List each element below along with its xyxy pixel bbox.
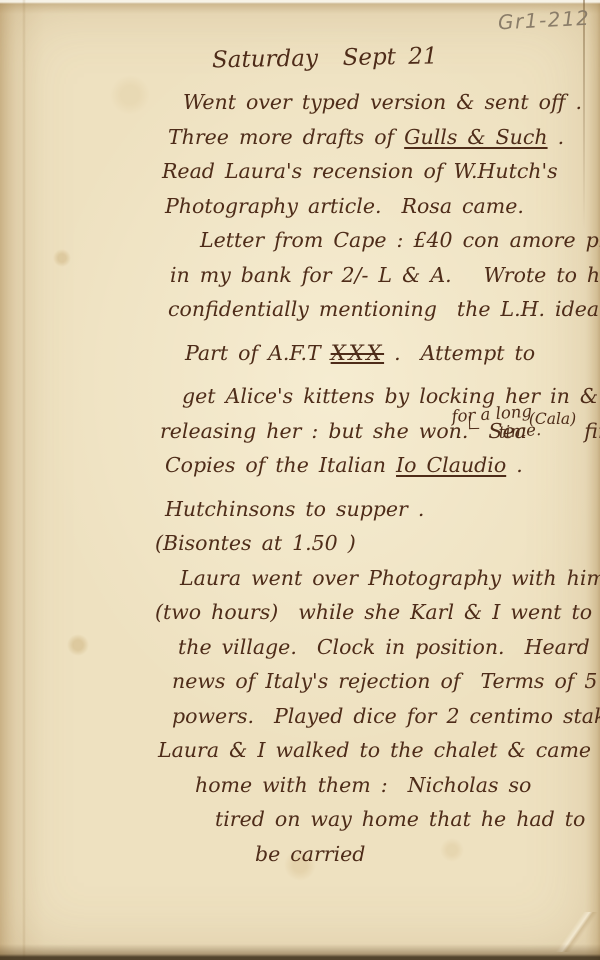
manuscript-line: (two hours) while she Karl & I went to [155,595,595,630]
manuscript-line: (Bisontes at 1.50 ) [155,526,595,561]
handwritten-text: Copies of the Italian [165,453,396,477]
manuscript-line: Laura went over Photography with him [180,561,595,596]
underlined-text: Io Claudio [396,453,506,477]
handwritten-text: Wrote to him, [484,263,600,287]
margin-note: for a long time. [451,401,542,445]
manuscript-line: powers. Played dice for 2 centimo stakes… [172,699,595,734]
manuscript-line: home with them : Nicholas so [195,768,595,803]
handwritten-text: Laura went over Photography with him [180,566,600,590]
handwritten-text: . [548,125,565,149]
handwritten-text: in my bank for 2/- L & A. [170,263,452,287]
manuscript-line: the village. Clock in position. Heard [178,630,595,665]
underlined-text: Gulls & Such [404,125,547,149]
handwritten-text: . [506,453,523,477]
manuscript-line: Letter from Cape : £40 con amore placed [200,223,595,258]
handwritten-text: first time [574,419,600,443]
handwritten-text: Photography article. Rosa came. [165,194,524,218]
archive-reference-pencil-note: Gr1-212 [497,6,590,35]
entry-date-heading: Saturday Sept 21 [212,41,595,74]
manuscript-content: Saturday Sept 21 Went over typed version… [150,44,595,871]
handwritten-text: news of Italy's rejection of Terms of 5 [172,669,597,693]
manuscript-line: Read Laura's recension of W.Hutch's [162,154,595,189]
handwritten-text: powers. Played dice for 2 centimo stakes… [172,704,600,728]
manuscript-line: Photography article. Rosa came. [165,189,595,224]
handwritten-text: the village. Clock in position. Heard [178,635,590,659]
manuscript-line: in my bank for 2/- L & A.Wrote to him, [170,258,595,293]
manuscript-lines: Went over typed version & sent off .Thre… [150,85,595,871]
manuscript-line: Went over typed version & sent off . [183,85,595,120]
manuscript-line: tired on way home that he had to [215,802,595,837]
diary-page: Gr1-212 Saturday Sept 21 Went over typed… [0,0,600,960]
handwritten-text: Went over typed version & sent off . [183,90,582,114]
manuscript-line: be carried [255,837,595,872]
handwritten-text: Three more drafts of [168,125,404,149]
handwritten-text: Hutchinsons to supper . [165,497,424,521]
margin-note-line2: time. [498,420,542,442]
handwritten-text: tired on way home that he had to [215,807,585,831]
paper-left-crease [22,0,26,960]
manuscript-line: Copies of the Italian Io Claudio . [165,448,595,483]
manuscript-line: confidentially mentioning the L.H. idea … [168,292,595,327]
handwritten-text: (Bisontes at 1.50 ) [155,531,356,555]
crossed-out-text: XXX [331,341,384,366]
manuscript-line: Part of A.F.T XXX . Attempt to [185,336,595,371]
handwritten-text: confidentially mentioning the L.H. idea … [168,297,600,321]
handwritten-text: be carried [255,842,365,866]
manuscript-line: Hutchinsons to supper . [165,492,595,527]
paper-bottom-edge [0,944,600,960]
paper-corner-fold [554,912,600,952]
handwritten-text: Laura & I walked to the chalet & came [158,738,591,762]
handwritten-text: Part of A.F.T [185,341,331,365]
handwritten-text: home with them : Nicholas so [195,773,531,797]
handwritten-text: Read Laura's recension of W.Hutch's [162,159,558,183]
manuscript-line: Laura & I walked to the chalet & came [158,733,595,768]
manuscript-line: news of Italy's rejection of Terms of 5 [172,664,595,699]
handwritten-text: . Attempt to [384,341,535,365]
handwritten-text: (two hours) while she Karl & I went to [155,600,592,624]
handwritten-text: Letter from Cape : £40 con amore placed [200,228,600,252]
manuscript-line: Three more drafts of Gulls & Such . [168,120,595,155]
